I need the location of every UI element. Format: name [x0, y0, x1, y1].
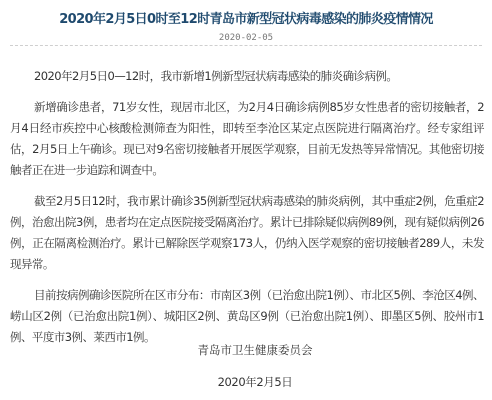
article-title: 2020年2月5日0时至12时青岛市新型冠状病毒感染的肺炎疫情情况: [0, 12, 492, 28]
paragraph-summary: 2020年2月5日0—12时，我市新增1例新型冠状病毒感染的肺炎确诊病例。: [10, 66, 484, 87]
paragraph-cumulative: 截至2月5日12时，我市累计确诊35例新型冠状病毒感染的肺炎病例，其中重症2例，…: [10, 191, 484, 275]
title-divider: [10, 45, 482, 46]
paragraph-distribution: 目前按病例确诊医院所在区市分布：市南区3例（已治愈出院1例）、市北区5例、李沧区…: [10, 285, 484, 348]
paragraph-new-case: 新增确诊患者，71岁女性，现居市北区，为2月4日确诊病例85岁女性患者的密切接触…: [10, 97, 484, 181]
issuer-signature: 青岛市卫生健康委员会: [0, 340, 492, 360]
news-article: 2020年2月5日0时至12时青岛市新型冠状病毒感染的肺炎疫情情况 2020-0…: [0, 0, 492, 400]
article-body: 2020年2月5日0—12时，我市新增1例新型冠状病毒感染的肺炎确诊病例。 新增…: [10, 66, 484, 358]
publish-date: 2020-02-05: [0, 32, 492, 44]
signature-date: 2020年2月5日: [0, 372, 492, 392]
